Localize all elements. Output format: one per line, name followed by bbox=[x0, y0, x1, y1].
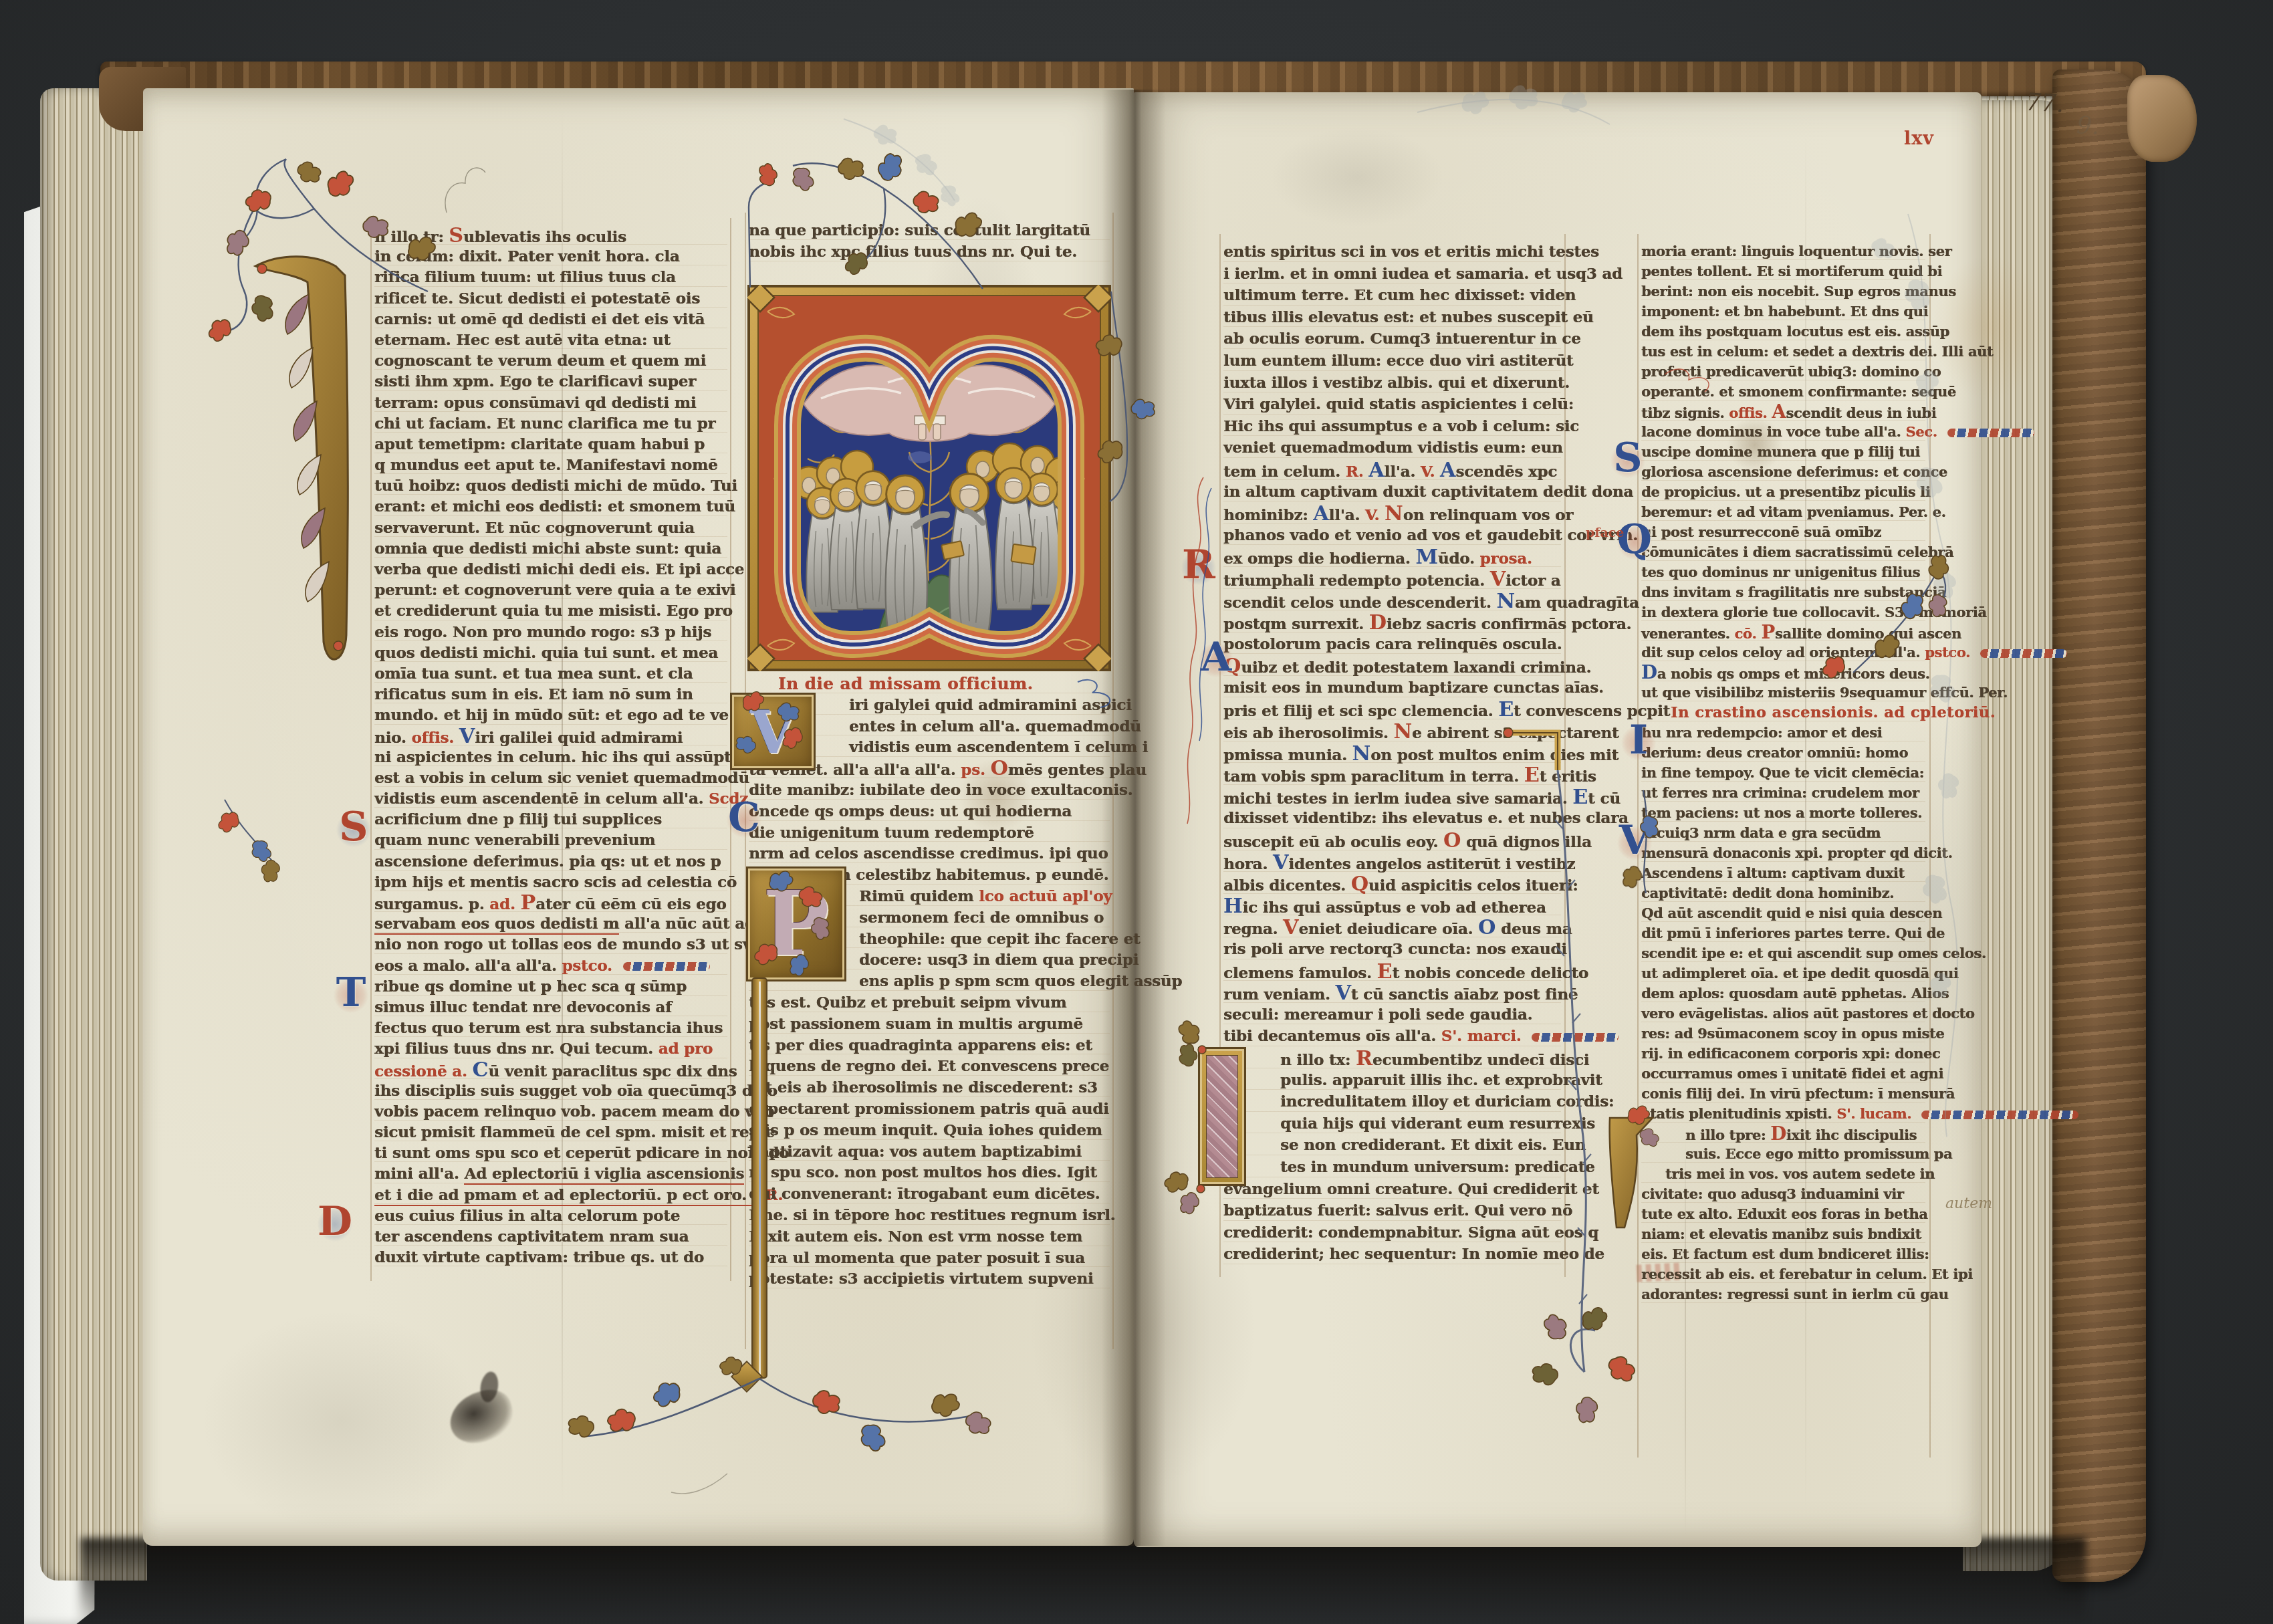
quire-mark: lxv bbox=[1904, 128, 1934, 149]
border-flourishes bbox=[0, 0, 2273, 1624]
marginal-note: pface bbox=[1586, 526, 1624, 540]
folio-number-ghost: 9. bbox=[2076, 112, 2100, 140]
marginal-note: autem bbox=[1945, 1195, 1992, 1212]
manuscript-photo: n illo tr: Sublevatis ihs oculisin celum… bbox=[0, 0, 2273, 1624]
folio-number: 77. bbox=[2025, 89, 2064, 118]
